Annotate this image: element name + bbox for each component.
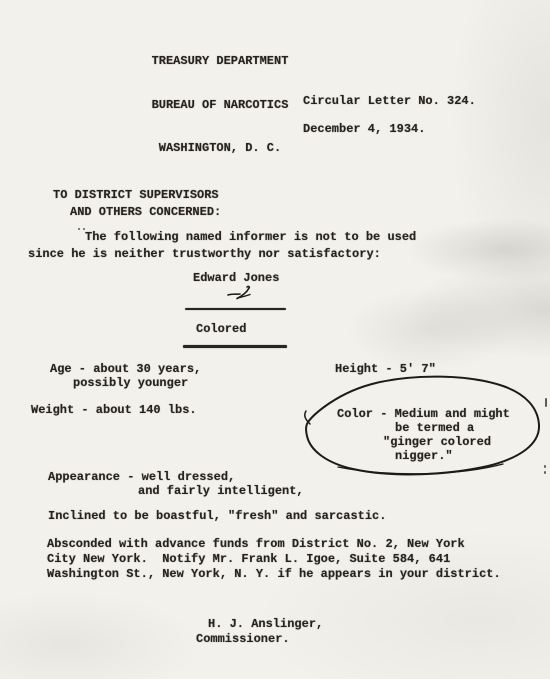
- weight-line: Weight - about 140 lbs.: [31, 403, 197, 417]
- scanned-letter-page: TREASURY DEPARTMENT BUREAU OF NARCOTICS …: [0, 0, 550, 679]
- race-label: Colored: [196, 322, 246, 336]
- color-line-4: nigger.": [395, 449, 453, 463]
- salutation-line-1: TO DISTRICT SUPERVISORS: [53, 188, 219, 202]
- scan-edge-mark: [545, 398, 547, 407]
- color-line-3: "ginger colored: [383, 435, 491, 449]
- letterhead: TREASURY DEPARTMENT BUREAU OF NARCOTICS …: [120, 25, 320, 185]
- letterhead-bureau: BUREAU OF NARCOTICS: [120, 98, 320, 113]
- signature-name: H. J. Anslinger,: [208, 617, 323, 631]
- scan-edge-mark: [544, 471, 546, 474]
- age-line-2: possibly younger: [73, 376, 188, 390]
- color-line-2: be termed a: [395, 421, 474, 435]
- name-underline: [185, 308, 286, 310]
- signature-title: Commissioner.: [196, 632, 290, 646]
- intro-line-2: since he is neither trustworthy nor sati…: [28, 247, 381, 261]
- appearance-line-2: and fairly intelligent,: [138, 484, 304, 498]
- body-line-1: Absconded with advance funds from Distri…: [47, 537, 465, 551]
- temperament-line: Inclined to be boastful, "fresh" and sar…: [48, 509, 386, 523]
- scan-speck: [78, 228, 80, 230]
- salutation-line-2: AND OTHERS CONCERNED:: [70, 205, 221, 219]
- age-line-1: Age - about 30 years,: [50, 362, 201, 376]
- handwritten-flourish-mark: [226, 285, 258, 302]
- scan-edge-mark: [544, 465, 546, 468]
- subject-name: Edward Jones: [193, 271, 279, 285]
- letterhead-city: WASHINGTON, D. C.: [120, 141, 320, 156]
- race-underline: [183, 345, 287, 348]
- appearance-line-1: Appearance - well dressed,: [48, 470, 235, 484]
- scan-speck: [83, 228, 85, 230]
- color-line-1: Color - Medium and might: [337, 407, 510, 421]
- body-line-2: City New York. Notify Mr. Frank L. Igoe,…: [47, 552, 450, 566]
- circular-letter-number: Circular Letter No. 324.: [303, 94, 476, 108]
- letter-date: December 4, 1934.: [303, 122, 425, 136]
- body-line-3: Washington St., New York, N. Y. if he ap…: [47, 567, 501, 581]
- letterhead-department: TREASURY DEPARTMENT: [120, 54, 320, 69]
- intro-line-1: The following named informer is not to b…: [85, 230, 416, 244]
